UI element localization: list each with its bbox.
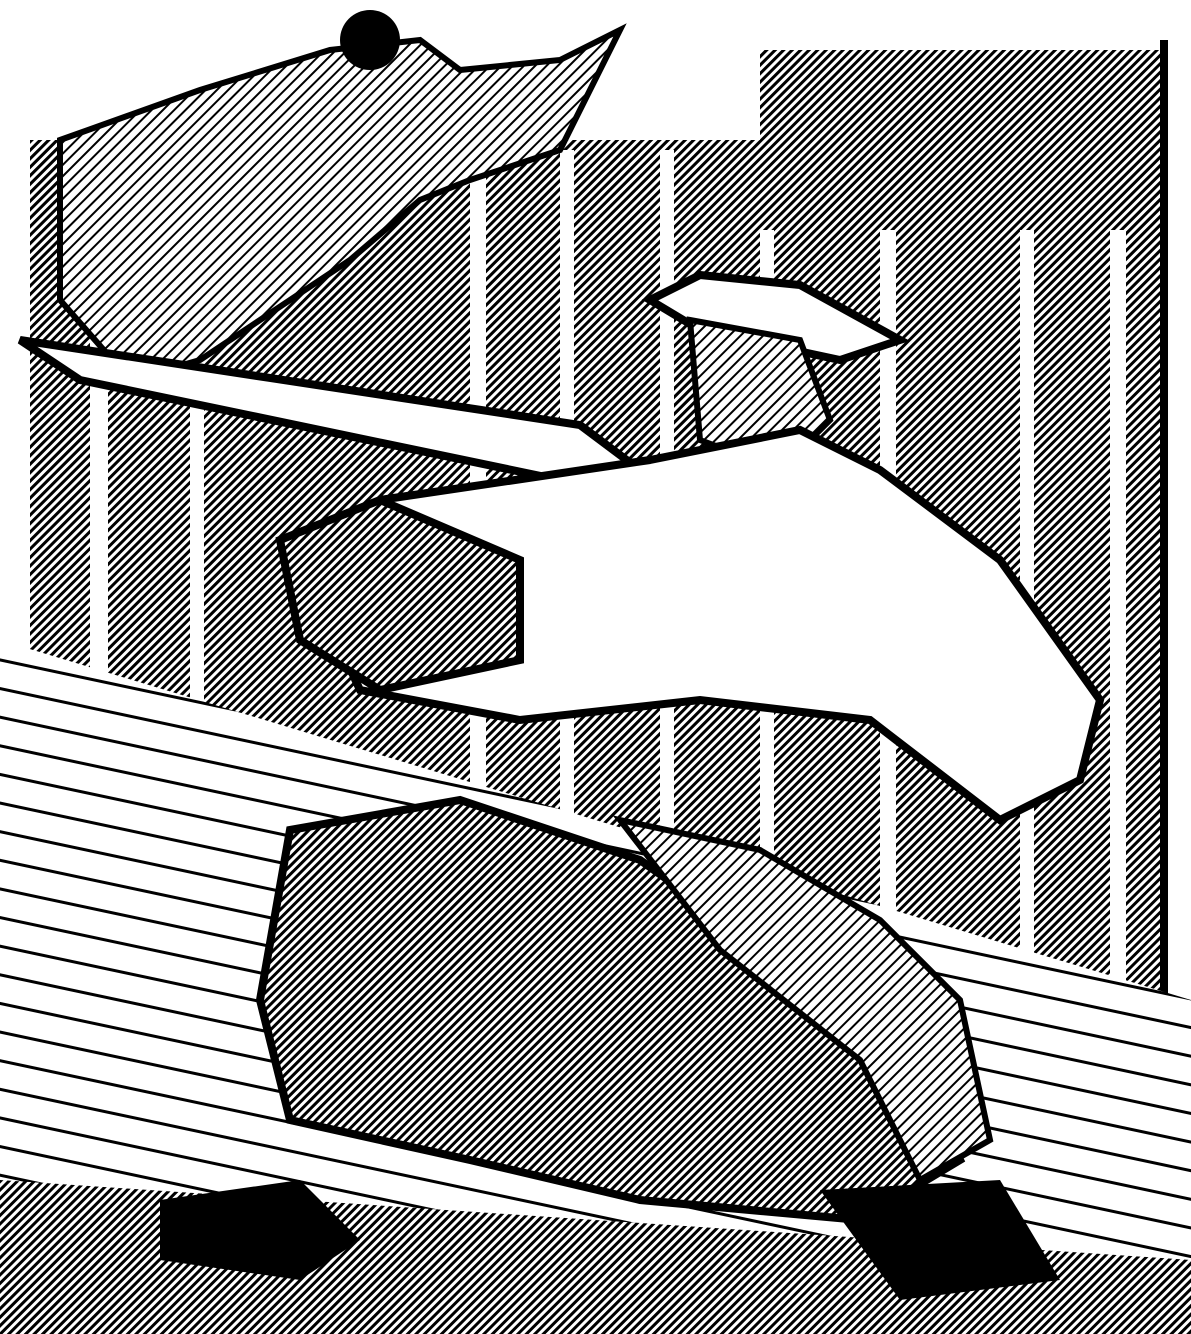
illustration	[0, 0, 1191, 1334]
